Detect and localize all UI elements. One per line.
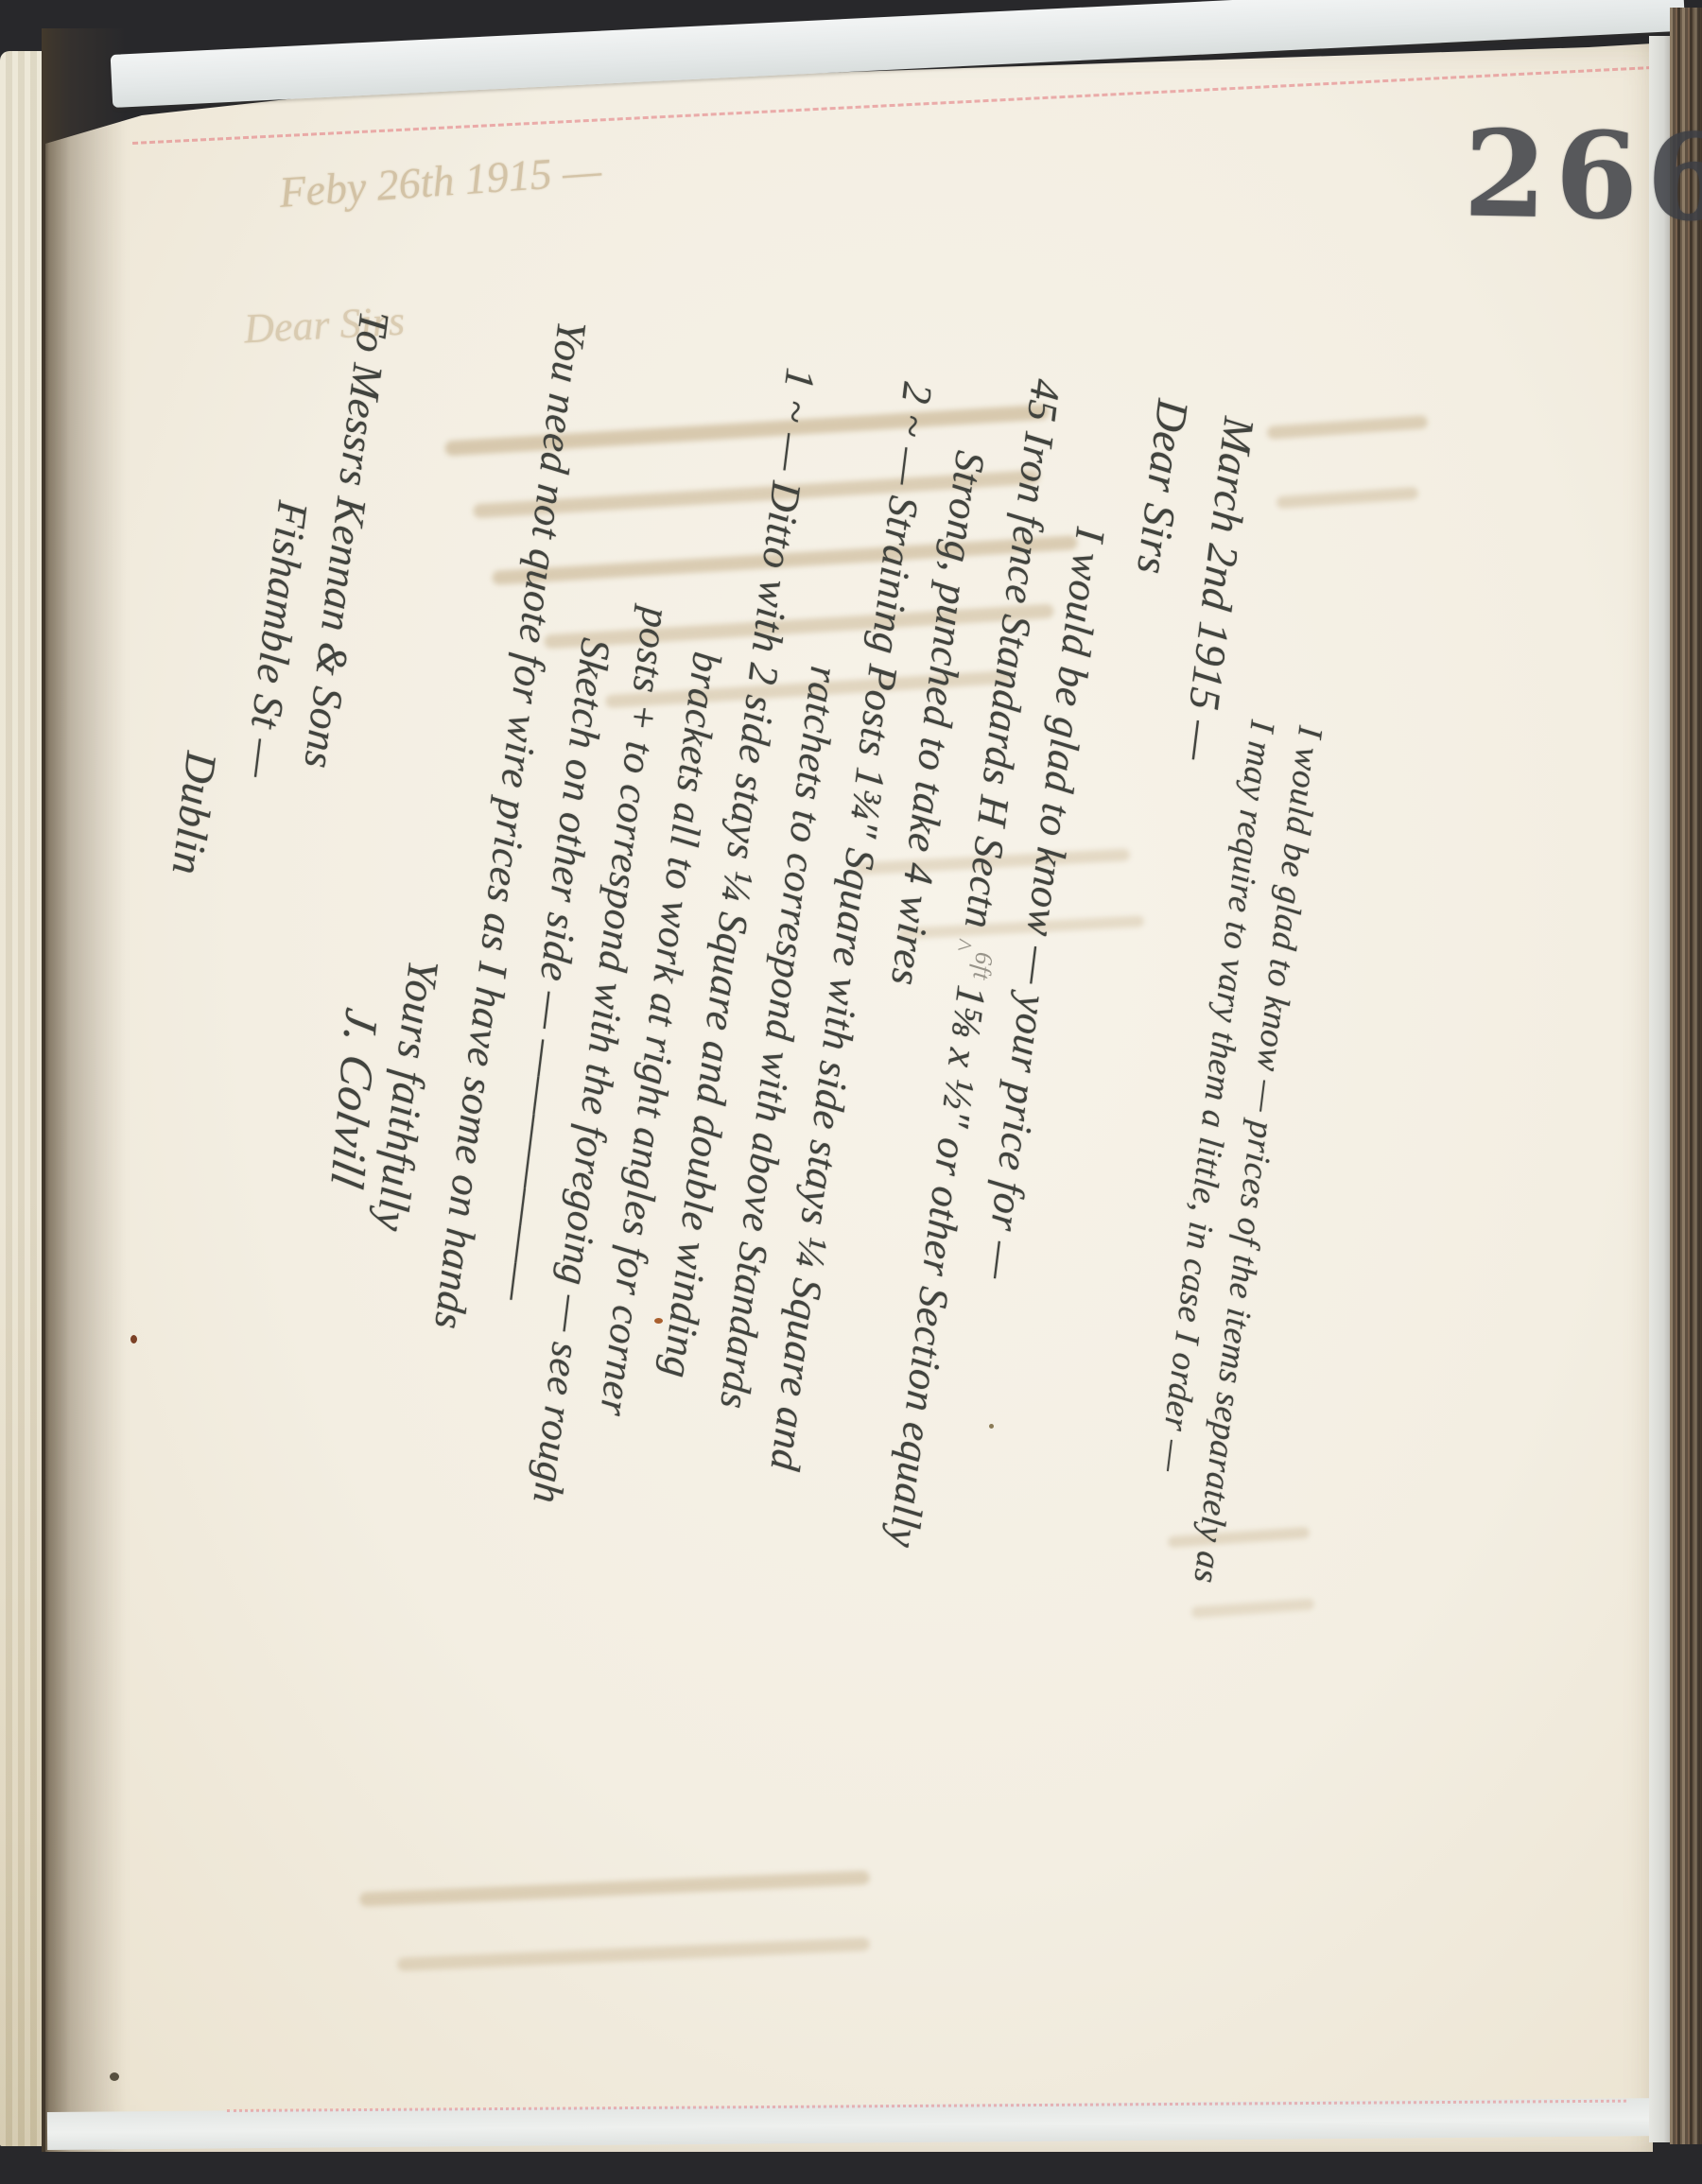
facing-page-edge [0,51,42,2146]
page-number-stamp: 266 [1463,103,1702,248]
gutter-shadow [42,28,127,2152]
paper-speck [110,2072,119,2081]
page-stack-edge [1670,8,1702,2144]
scanned-letterbook-page: { "page": { "number": "266" }, "colors":… [0,0,1702,2184]
handwritten-letter: I would be glad to know — prices of the … [95,281,1413,1607]
letter-text-block: I would be glad to know — prices of the … [93,280,1414,1606]
caret-annotation: ^ [947,936,977,951]
tissue-edge-right [1649,36,1670,2142]
pencil-annotation: 6ft [966,950,999,988]
